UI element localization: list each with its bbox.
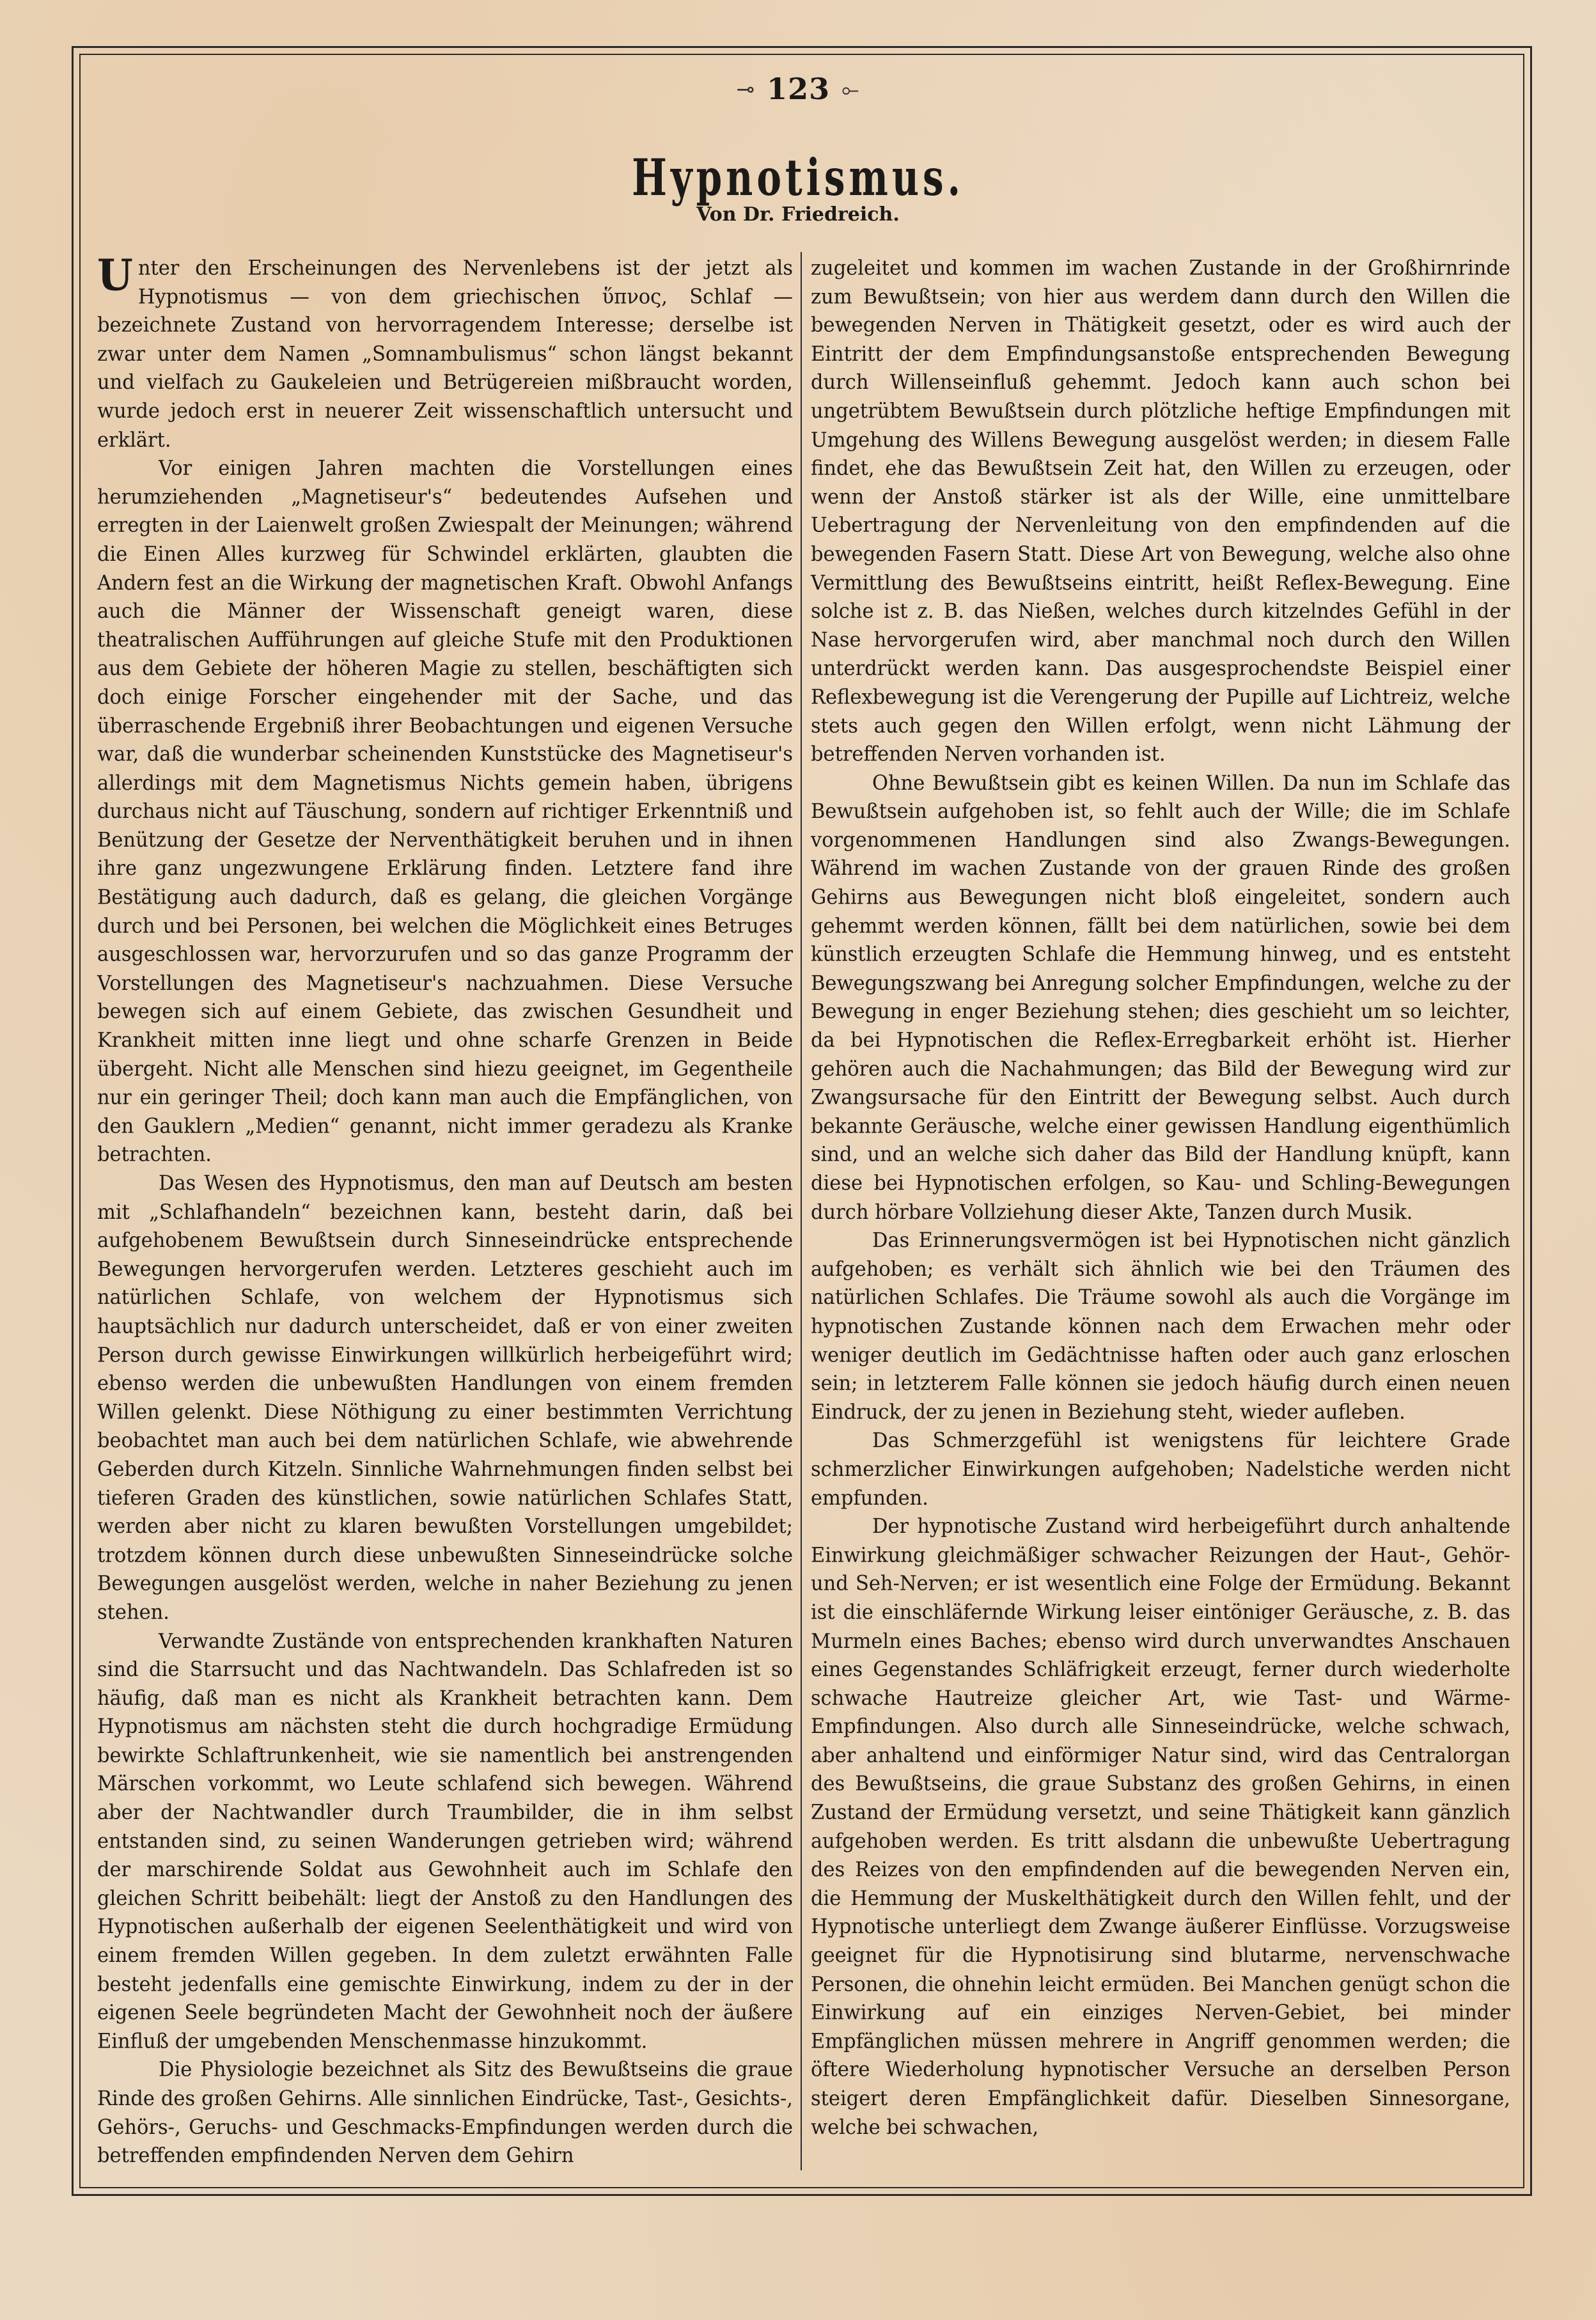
page-number: ⊸123⟜ — [0, 72, 1596, 106]
right-column: zugeleitet und kommen im wachen Zustande… — [811, 255, 1510, 2142]
paragraph: Unter den Erscheinungen des Nervenlebens… — [97, 255, 793, 455]
page-number-value: 123 — [767, 72, 830, 106]
paragraph: Vor einigen Jahren machten die Vorstellu… — [97, 455, 793, 1170]
article-byline: Von Dr. Friedreich. — [0, 203, 1596, 226]
column-divider — [801, 252, 802, 2170]
paragraph: Verwandte Zustände von entsprechenden kr… — [97, 1627, 793, 2057]
paragraph: Das Schmerzgefühl ist wenigstens für lei… — [811, 1427, 1510, 1513]
ornament-right-icon: ⟜ — [841, 77, 859, 102]
drop-cap: U — [97, 256, 133, 296]
ornament-left-icon: ⊸ — [737, 77, 756, 102]
paragraph: Ohne Bewußtsein gibt es keinen Willen. D… — [811, 769, 1510, 1227]
paragraph: Der hypnotische Zustand wird herbeigefüh… — [811, 1513, 1510, 2142]
paragraph: Die Physiologie bezeichnet als Sitz des … — [97, 2057, 793, 2171]
article-title: Hypnotismus. — [0, 148, 1596, 207]
left-column: Unter den Erscheinungen des Nervenlebens… — [97, 255, 793, 2170]
paragraph: zugeleitet und kommen im wachen Zustande… — [811, 255, 1510, 769]
paragraph: Das Wesen des Hypnotismus, den man auf D… — [97, 1170, 793, 1627]
paragraph: Das Erinnerungsvermögen ist bei Hypnotis… — [811, 1227, 1510, 1427]
